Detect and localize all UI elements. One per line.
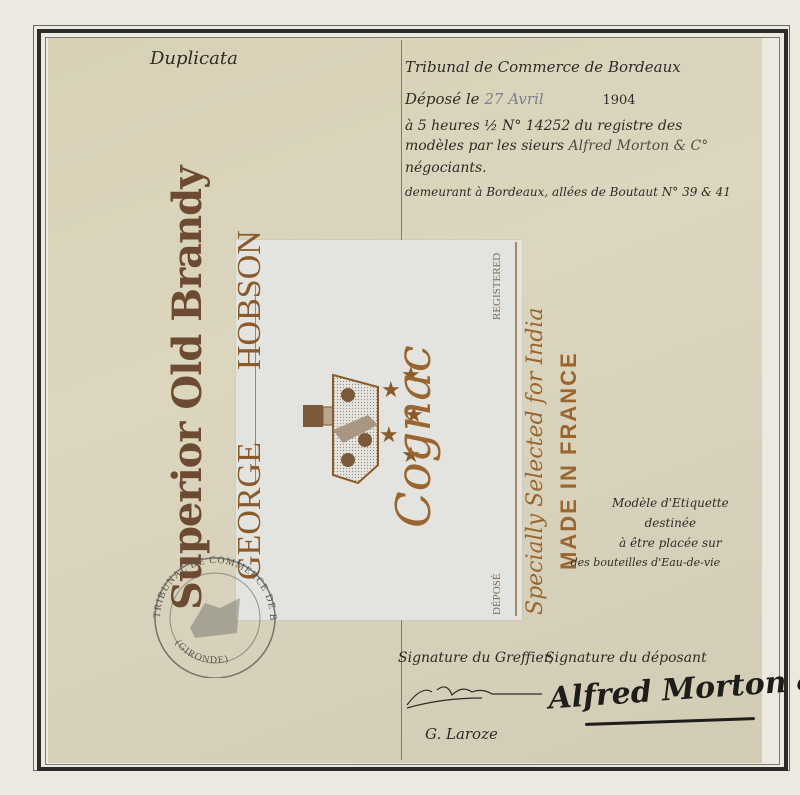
- label-cognac: Cognac: [386, 345, 442, 528]
- model-note-line-4: des bouteilles d'Eau-de-vie: [562, 553, 729, 573]
- svg-text:(GIRONDE): (GIRONDE): [173, 638, 230, 666]
- label-vertical-rule: [515, 242, 517, 616]
- label-depose: DÉPOSÉ: [491, 573, 503, 615]
- deposant-signature-label: Signature du déposant: [545, 650, 707, 666]
- label-hobson: HOBSON: [231, 230, 269, 370]
- depose-prefix: Déposé le: [405, 90, 480, 108]
- registry-number-line: à 5 heures ½ N° 14252 du registre des: [405, 118, 682, 134]
- model-note: Modèle d'Etiquette destinée à être placé…: [612, 493, 729, 573]
- modeles-prefix: modèles par les sieurs: [405, 138, 564, 154]
- greffier-name: G. Laroze: [425, 725, 498, 743]
- greffier-signature-scrawl: [402, 680, 542, 710]
- duplicata-annotation: Duplicata: [150, 48, 238, 69]
- model-note-line-3: à être placée sur: [612, 533, 729, 553]
- label-registered: REGISTERED: [491, 253, 503, 320]
- label-specially-selected: Specially Selected for India: [523, 307, 548, 615]
- stamp-text-bottom: (GIRONDE): [173, 638, 230, 666]
- depositor-name: Alfred Morton & C°: [569, 138, 709, 154]
- model-note-line-1: Modèle d'Etiquette: [612, 493, 729, 513]
- depose-year: 1904: [602, 93, 635, 108]
- coat-of-arms-icon: [303, 365, 388, 485]
- address-line: demeurant à Bordeaux, allées de Boutaut …: [405, 185, 731, 199]
- deposit-date-line: Déposé le 27 Avril 1904: [405, 90, 636, 108]
- tribunal-stamp-icon: TRIBUNAL DE COMMERCE DE BORDEAUX (GIROND…: [145, 548, 285, 678]
- label-superior-old-brandy: Superior Old Brandy: [164, 167, 211, 610]
- depositor-line: modèles par les sieurs Alfred Morton & C…: [405, 138, 708, 154]
- tribunal-heading: Tribunal de Commerce de Bordeaux: [405, 58, 681, 76]
- depose-date: 27 Avril: [484, 90, 543, 108]
- greffier-signature-label: Signature du Greffier,: [398, 650, 553, 666]
- negociants-line: négociants.: [405, 160, 487, 176]
- model-note-line-2: destinée: [612, 513, 729, 533]
- label-made-in-france: MADE IN FRANCE: [556, 351, 582, 570]
